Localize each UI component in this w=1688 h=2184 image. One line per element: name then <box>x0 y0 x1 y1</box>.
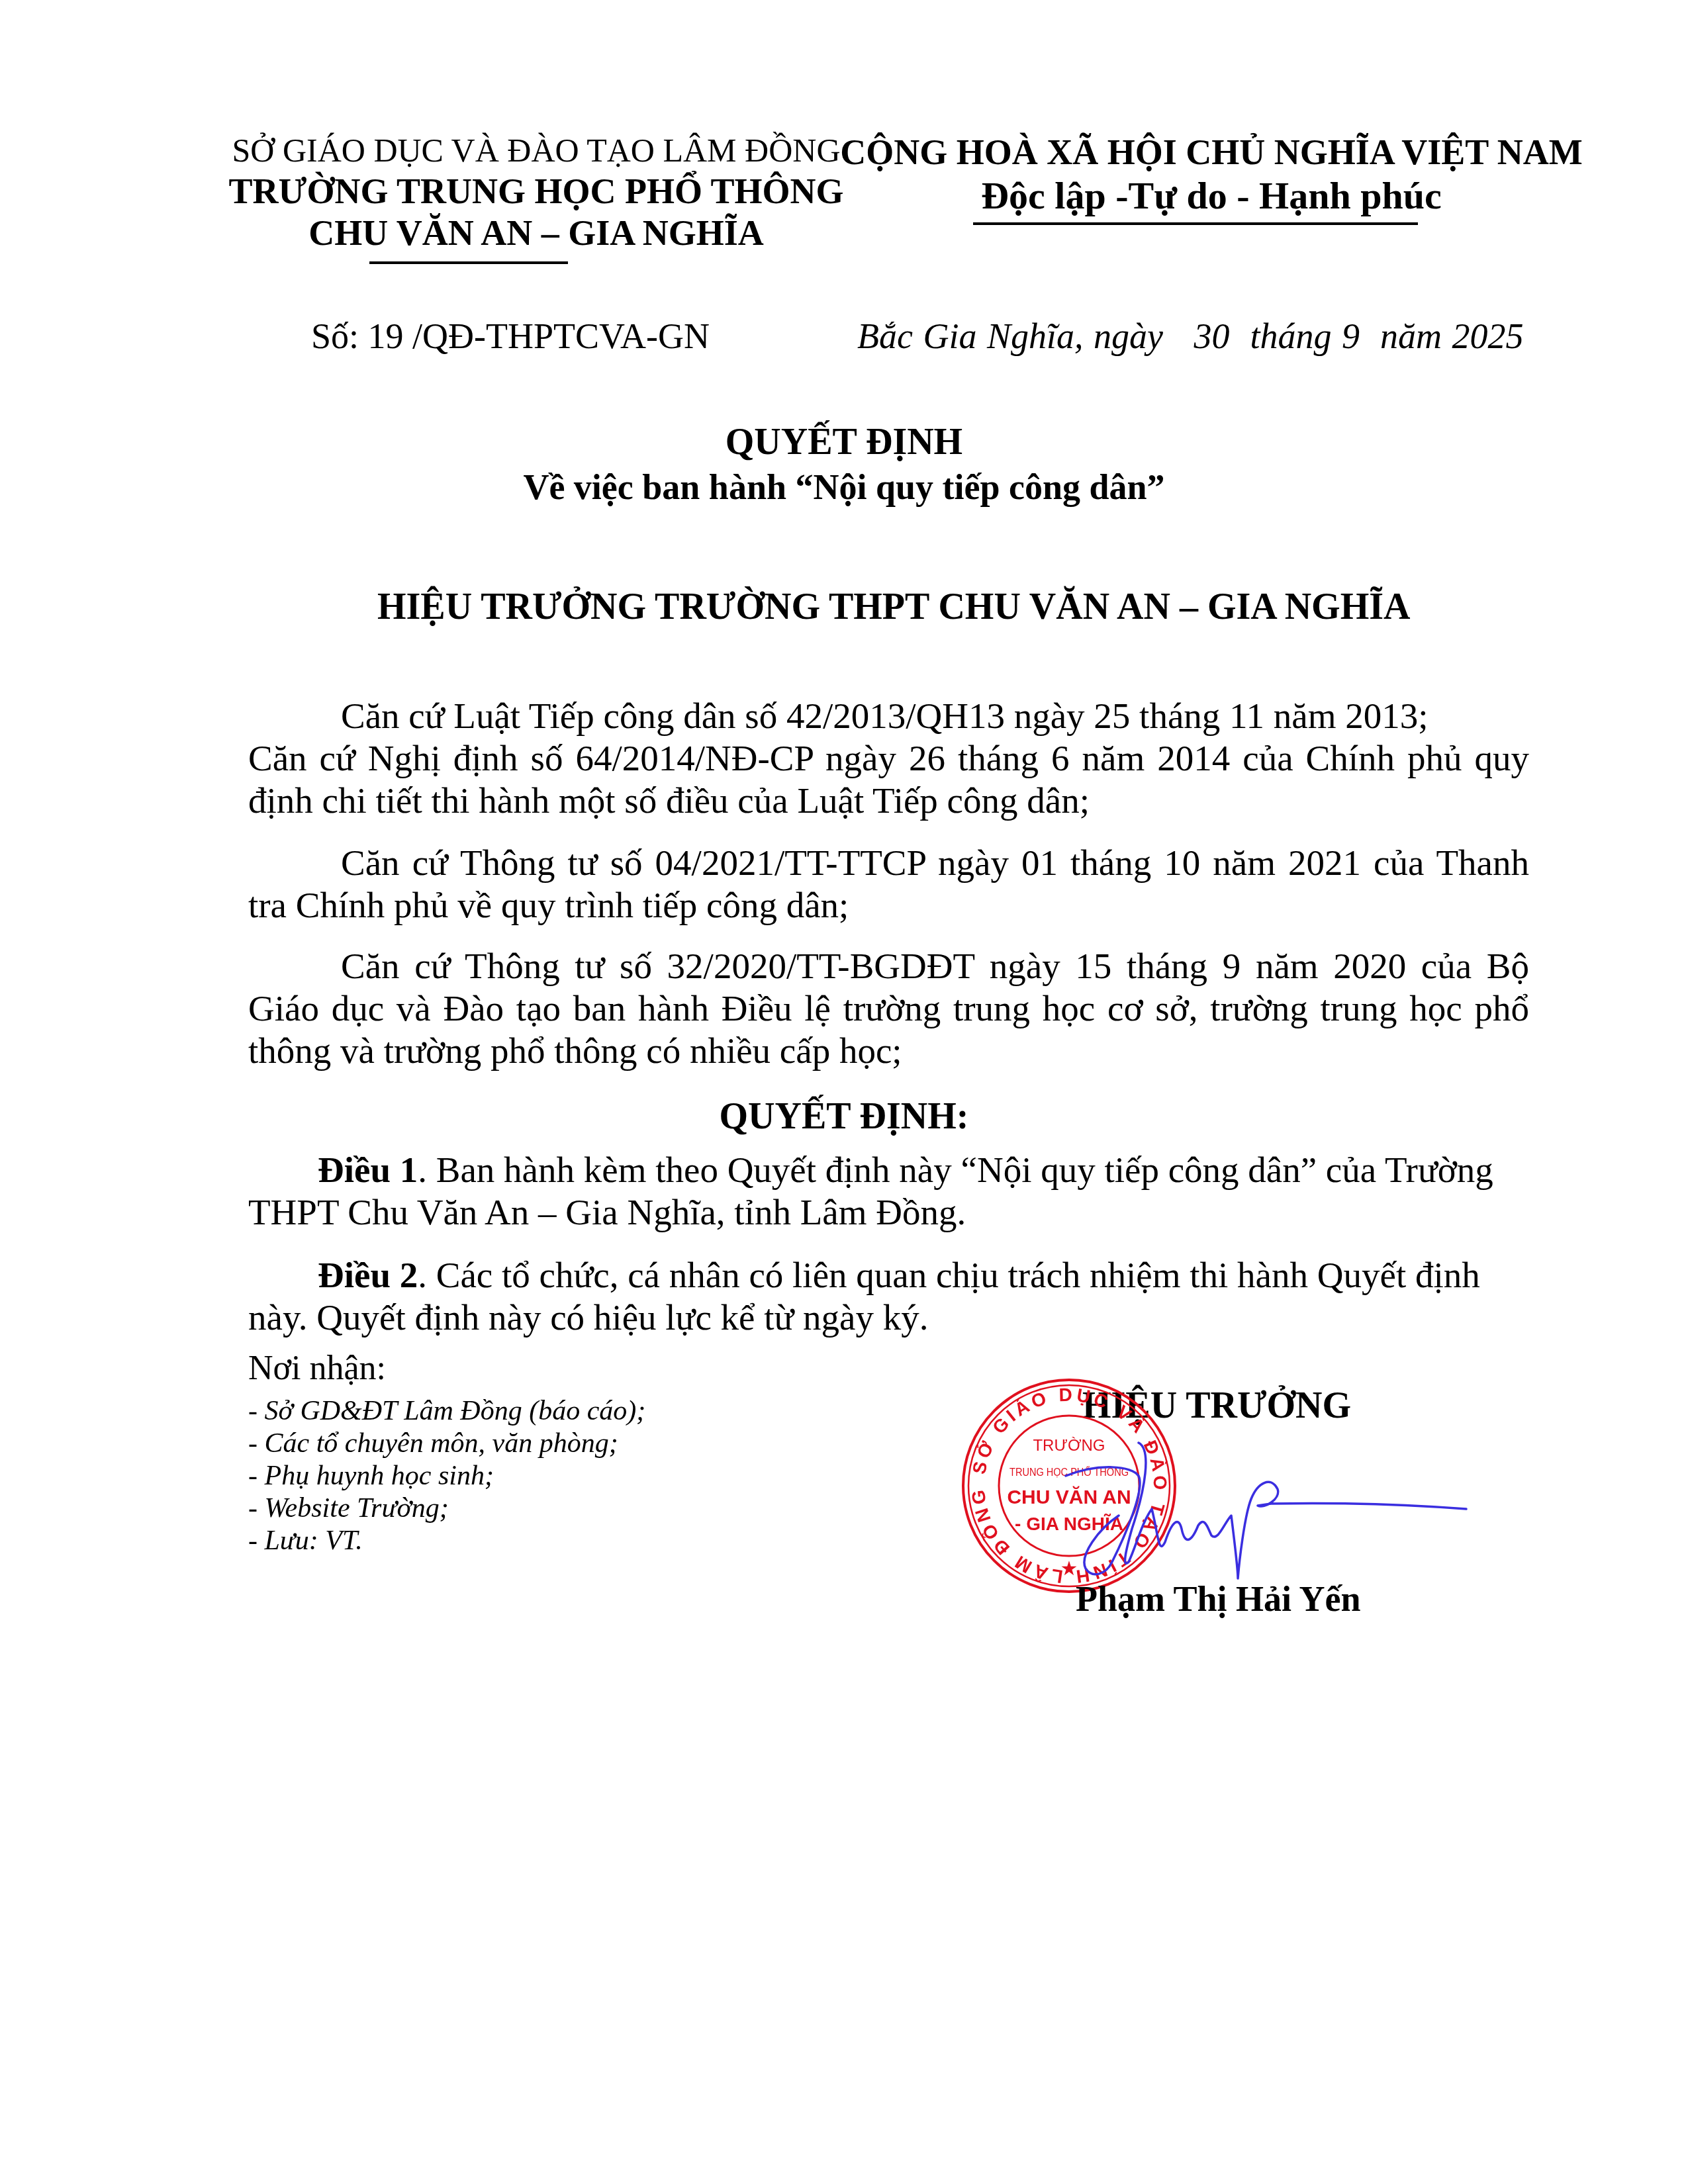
school-name-line1: TRƯỜNG TRUNG HỌC PHỔ THÔNG <box>172 171 900 212</box>
department-name: SỞ GIÁO DỤC VÀ ĐÀO TẠO LÂM ĐỒNG <box>172 131 900 169</box>
school-name-line2: CHU VĂN AN – GIA NGHĨA <box>172 212 900 253</box>
recipients-list: - Sở GD&ĐT Lâm Đồng (báo cáo); - Các tổ … <box>248 1395 645 1557</box>
national-motto: Độc lập -Tự do - Hạnh phúc <box>831 173 1592 218</box>
article-2-text: . Các tổ chức, cá nhân có liên quan chịu… <box>248 1255 1480 1338</box>
recipient-item: - Lưu: VT. <box>248 1525 645 1557</box>
article-1-label: Điều 1 <box>318 1150 418 1190</box>
decision-heading: QUYẾT ĐỊNH: <box>0 1095 1688 1138</box>
recipients-label: Nơi nhận: <box>248 1349 386 1388</box>
legal-basis-2: Căn cứ Thông tư số 04/2021/TT-TTCP ngày … <box>248 842 1529 927</box>
place-date: Bắc Gia Nghĩa, ngày 30 tháng 9 năm 2025 <box>857 316 1523 357</box>
legal-basis-3-text: Căn cứ Thông tư số 32/2020/TT-BGDĐT ngày… <box>248 945 1529 1072</box>
article-1: Điều 1. Ban hành kèm theo Quyết định này… <box>248 1149 1529 1234</box>
legal-basis-1a: Căn cứ Luật Tiếp công dân số 42/2013/QH1… <box>248 695 1529 737</box>
article-1-text: . Ban hành kèm theo Quyết định này “Nội … <box>248 1150 1493 1232</box>
recipient-item: - Website Trường; <box>248 1492 645 1525</box>
header-left-underline <box>369 261 568 264</box>
handwritten-signature <box>1059 1436 1470 1588</box>
header-right-underline <box>973 222 1418 225</box>
document-number: Số: 19 /QĐ-THPTCVA-GN <box>311 316 710 357</box>
signer-name: Phạm Thị Hải Yến <box>1076 1578 1361 1619</box>
country-name: CỘNG HOÀ XÃ HỘI CHỦ NGHĨA VIỆT NAM <box>831 132 1592 173</box>
article-2-label: Điều 2 <box>318 1255 418 1295</box>
legal-basis-2-text: Căn cứ Thông tư số 04/2021/TT-TTCP ngày … <box>248 842 1529 927</box>
legal-basis-1: Căn cứ Luật Tiếp công dân số 42/2013/QH1… <box>248 695 1529 822</box>
legal-basis-3: Căn cứ Thông tư số 32/2020/TT-BGDĐT ngày… <box>248 945 1529 1072</box>
document-title: QUYẾT ĐỊNH <box>0 421 1688 463</box>
recipient-item: - Các tổ chuyên môn, văn phòng; <box>248 1428 645 1460</box>
legal-basis-1b: Căn cứ Nghị định số 64/2014/NĐ-CP ngày 2… <box>248 737 1529 822</box>
article-2: Điều 2. Các tổ chức, cá nhân có liên qua… <box>248 1254 1529 1339</box>
document-subject: Về việc ban hành “Nội quy tiếp công dân” <box>0 467 1688 508</box>
issuing-authority: HIỆU TRƯỞNG TRƯỜNG THPT CHU VĂN AN – GIA… <box>377 586 1410 628</box>
recipient-item: - Phụ huynh học sinh; <box>248 1460 645 1492</box>
recipient-item: - Sở GD&ĐT Lâm Đồng (báo cáo); <box>248 1395 645 1428</box>
